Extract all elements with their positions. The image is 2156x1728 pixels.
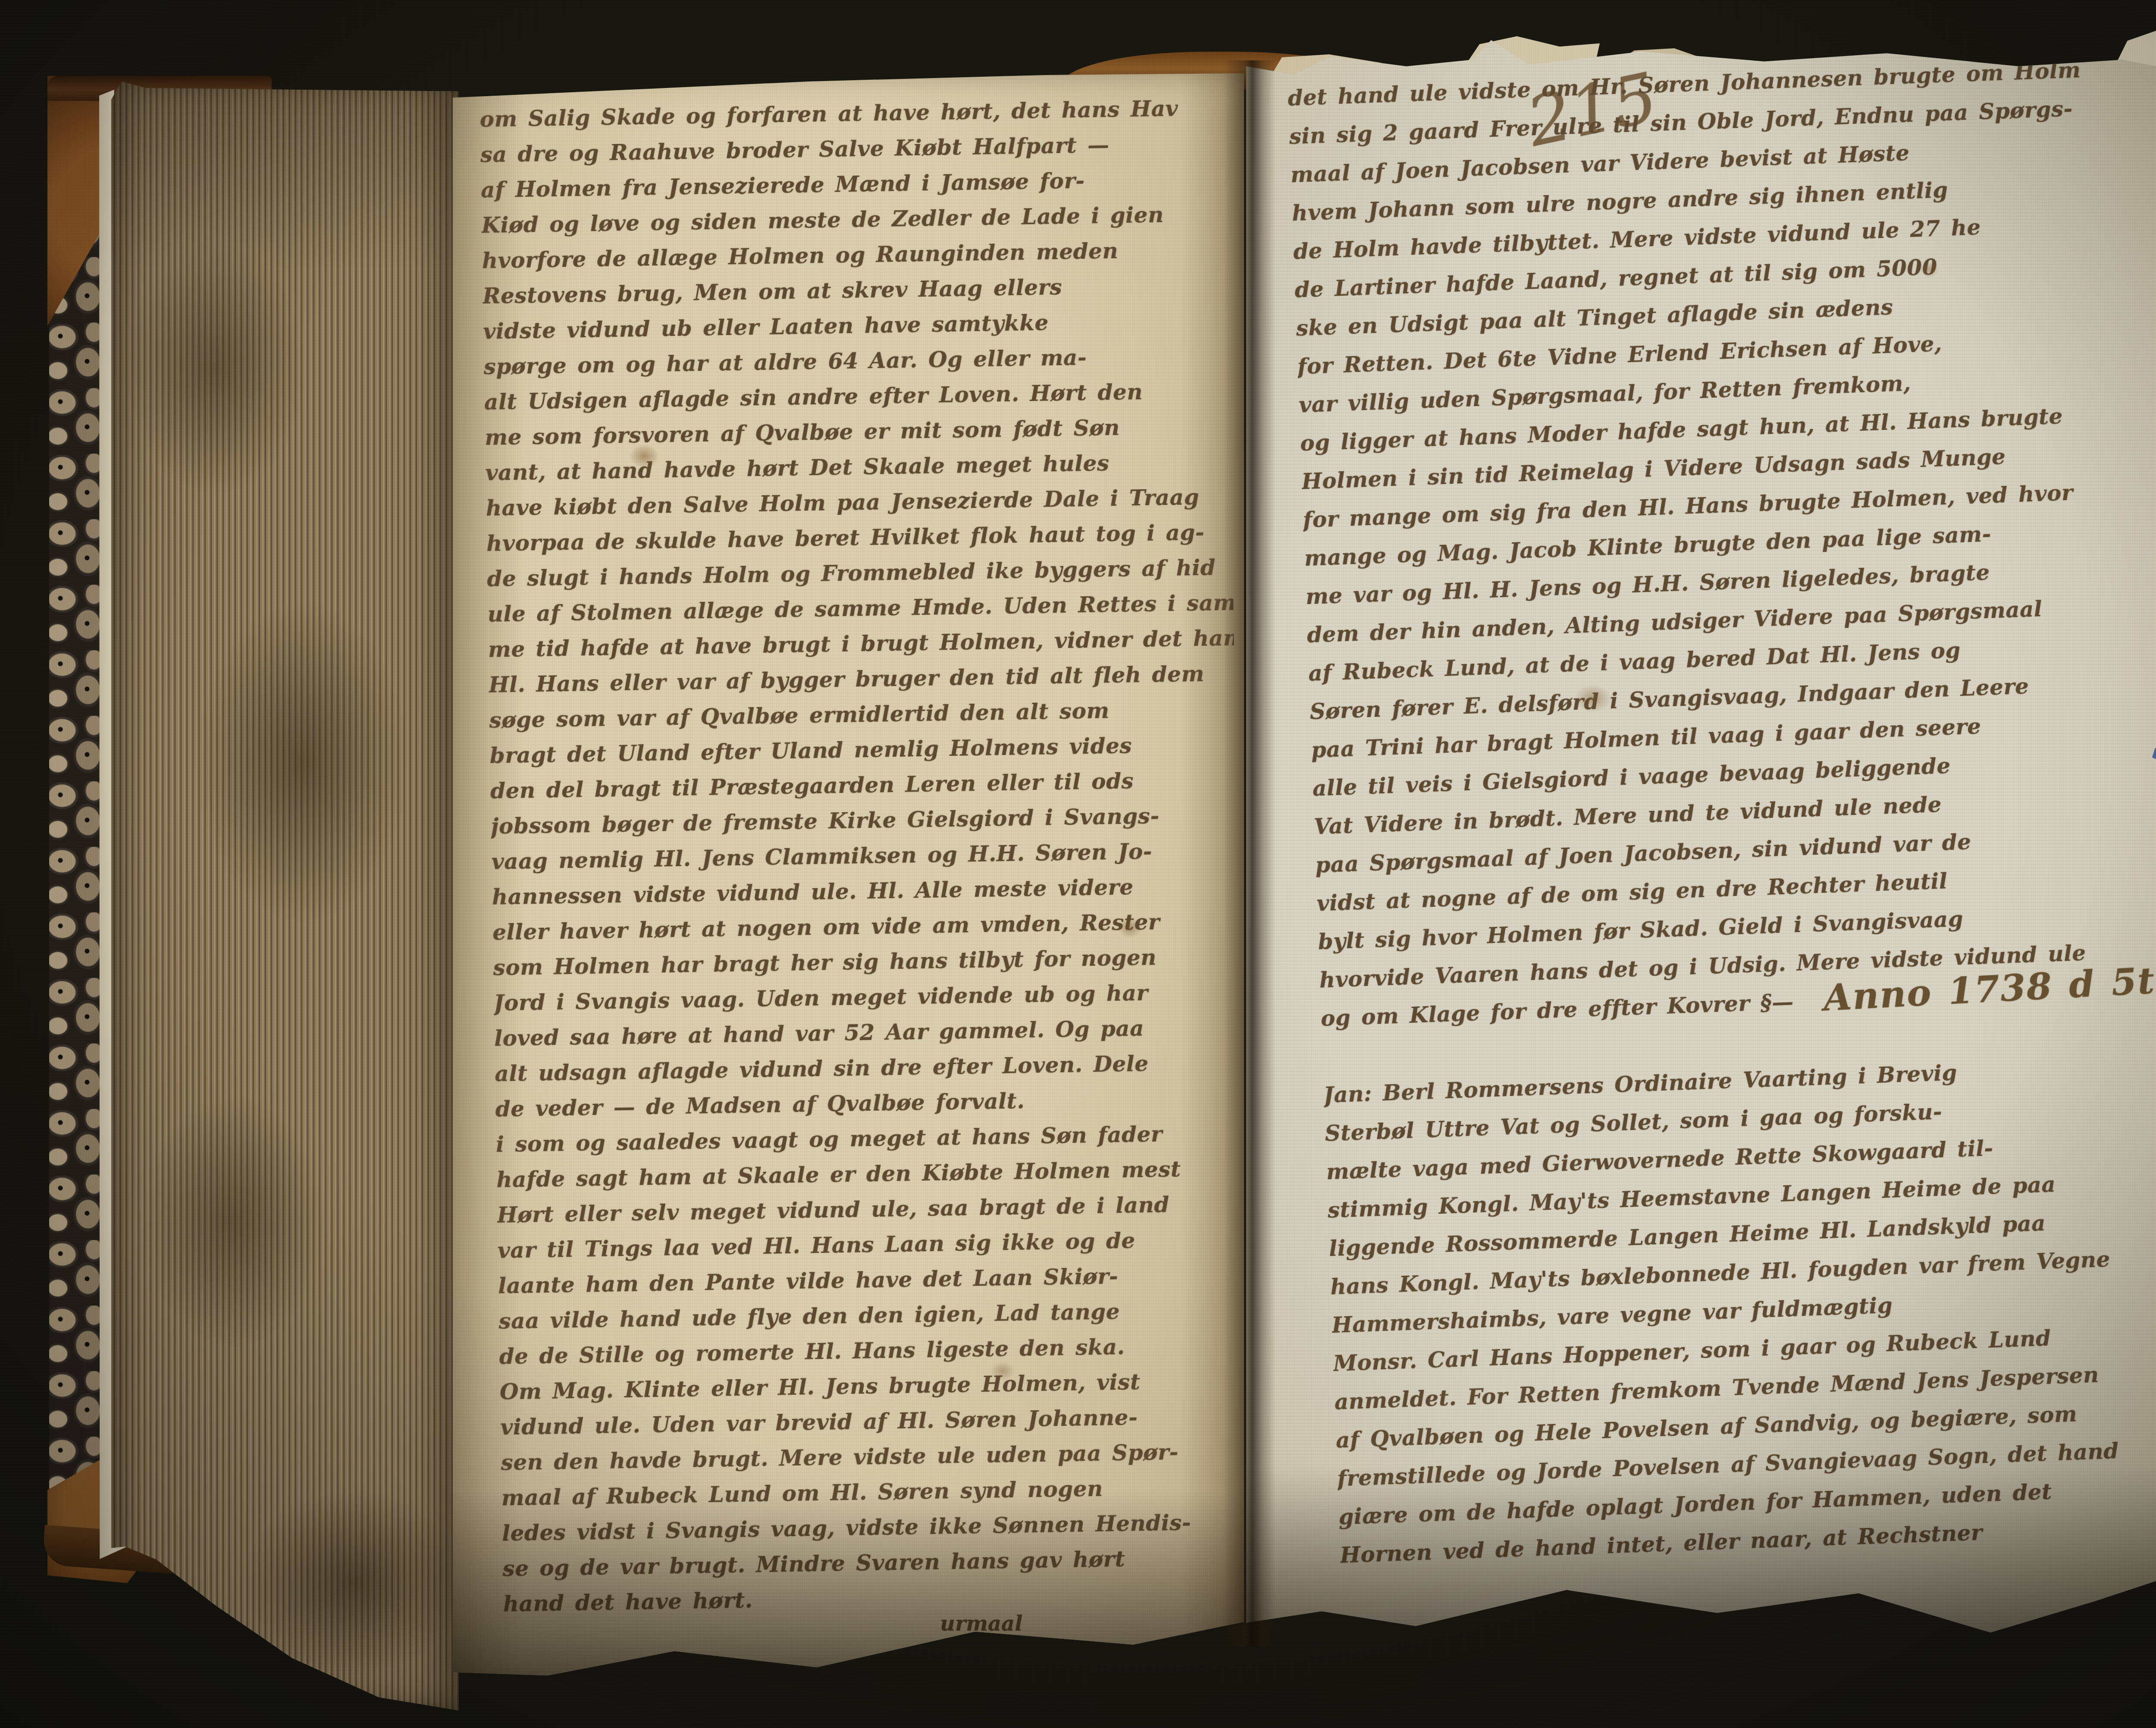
right-manuscript-page: 215 det hand ule vidste om Hr. Søren Joh… — [1246, 24, 2156, 1662]
left-manuscript-page: om Salig Skade og forfaren at have hørt,… — [453, 60, 1244, 1684]
catchword: urmaal — [940, 1612, 1022, 1636]
right-page-lower-lines: Jan: Berl Rommersens Ordinaire Vaarting … — [1323, 1045, 2156, 1575]
photograph-backdrop: om Salig Skade og forfaren at have hørt,… — [0, 0, 2156, 1728]
page-block-fore-edge — [111, 73, 459, 1714]
left-page-text-block: om Salig Skade og forfaren at have hørt,… — [479, 90, 1249, 1622]
right-page-upper-lines: det hand ule vidste om Hr. Søren Johanne… — [1287, 48, 2156, 999]
right-page-text-block: det hand ule vidste om Hr. Søren Johanne… — [1287, 48, 2156, 1575]
